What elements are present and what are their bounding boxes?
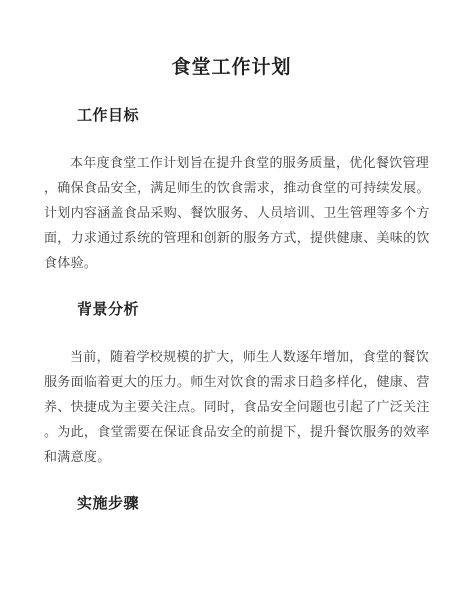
section-heading-background-analysis: 背景分析 — [77, 300, 418, 320]
paragraph-background-analysis: 当前，随着学校规模的扩大，师生人数逐年增加，食堂的餐饮 服务面临着更大的压力。师… — [44, 344, 419, 469]
paragraph-line: 计划内容涵盖食品采购、餐饮服务、人员培训、卫生管理等多个方 — [44, 200, 419, 225]
paragraph-line: 和满意度。 — [44, 444, 419, 469]
section-heading-work-goals: 工作目标 — [77, 106, 418, 126]
paragraph-line: ，确保食品安全，满足师生的饮食需求，推动食堂的可持续发展。 — [44, 175, 419, 200]
document-title: 食堂工作计划 — [0, 55, 463, 81]
paragraph-line: 当前，随着学校规模的扩大，师生人数逐年增加，食堂的餐饮 — [44, 344, 419, 369]
document-page: 食堂工作计划 工作目标 本年度食堂工作计划旨在提升食堂的服务质量，优化餐饮管理 … — [0, 0, 463, 600]
paragraph-line: 本年度食堂工作计划旨在提升食堂的服务质量，优化餐饮管理 — [44, 150, 419, 175]
paragraph-line: 。为此，食堂需要在保证食品安全的前提下，提升餐饮服务的效率 — [44, 419, 419, 444]
section-heading-implementation-steps: 实施步骤 — [77, 494, 418, 514]
paragraph-line: 食体验。 — [44, 250, 419, 275]
paragraph-line: 服务面临着更大的压力。师生对饮食的需求日趋多样化，健康、营 — [44, 369, 419, 394]
paragraph-line: 养、快捷成为主要关注点。同时，食品安全问题也引起了广泛关注 — [44, 394, 419, 419]
paragraph-line: 面，力求通过系统的管理和创新的服务方式，提供健康、美味的饮 — [44, 225, 419, 250]
paragraph-work-goals: 本年度食堂工作计划旨在提升食堂的服务质量，优化餐饮管理 ，确保食品安全，满足师生… — [44, 150, 419, 275]
